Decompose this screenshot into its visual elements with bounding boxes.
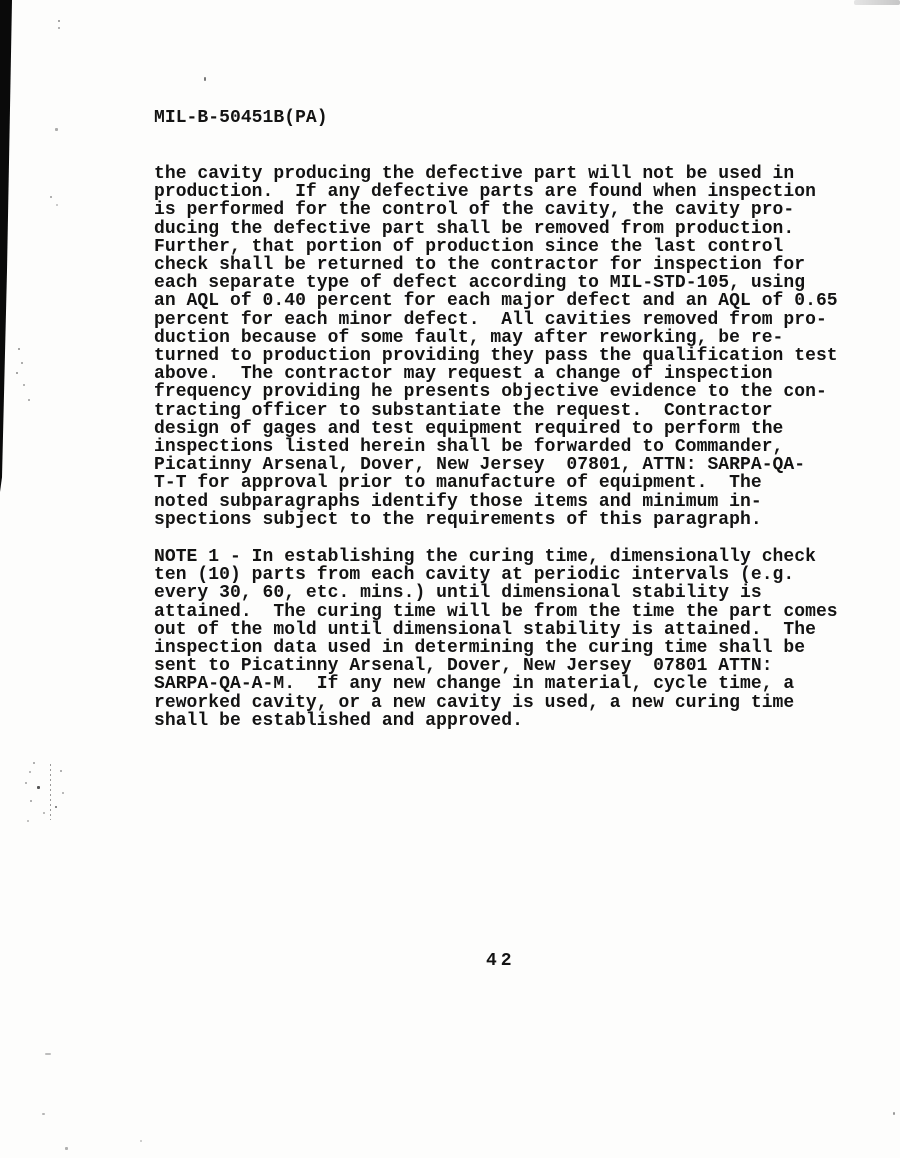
scan-speck <box>893 1112 895 1115</box>
document-page: MIL-B-50451B(PA) the cavity producing th… <box>0 0 900 1158</box>
scan-speck <box>33 762 35 764</box>
scan-speck <box>58 20 60 22</box>
scan-speck <box>28 399 30 401</box>
scan-speck <box>30 800 32 802</box>
scan-speck <box>204 77 206 81</box>
scan-speck <box>23 384 25 386</box>
scan-speck <box>43 812 45 814</box>
scan-speck <box>16 372 18 374</box>
scan-speck <box>50 196 52 198</box>
scan-speck <box>65 1147 68 1150</box>
scan-smudge <box>854 0 900 5</box>
body-paragraph: the cavity producing the defective part … <box>154 165 838 529</box>
document-id-header: MIL-B-50451B(PA) <box>154 109 328 127</box>
scan-speck <box>55 806 57 808</box>
scan-speck <box>58 27 60 29</box>
scan-speck <box>62 792 64 794</box>
scan-speck <box>42 1113 45 1115</box>
scan-speck <box>55 128 58 131</box>
note-paragraph: NOTE 1 - In establishing the curing time… <box>154 548 838 730</box>
scan-speck <box>60 770 62 772</box>
scan-artifact <box>50 764 51 820</box>
scan-speck <box>56 204 58 206</box>
scan-speck <box>140 1140 142 1142</box>
scan-speck <box>37 786 40 789</box>
scan-speck <box>45 1053 51 1055</box>
scan-speck <box>29 771 31 773</box>
scan-edge-stripe <box>0 0 14 492</box>
page-number: 42 <box>486 952 516 970</box>
scan-speck <box>27 820 29 822</box>
scan-speck <box>21 362 23 364</box>
scan-speck <box>25 782 27 784</box>
scan-speck <box>18 348 20 350</box>
